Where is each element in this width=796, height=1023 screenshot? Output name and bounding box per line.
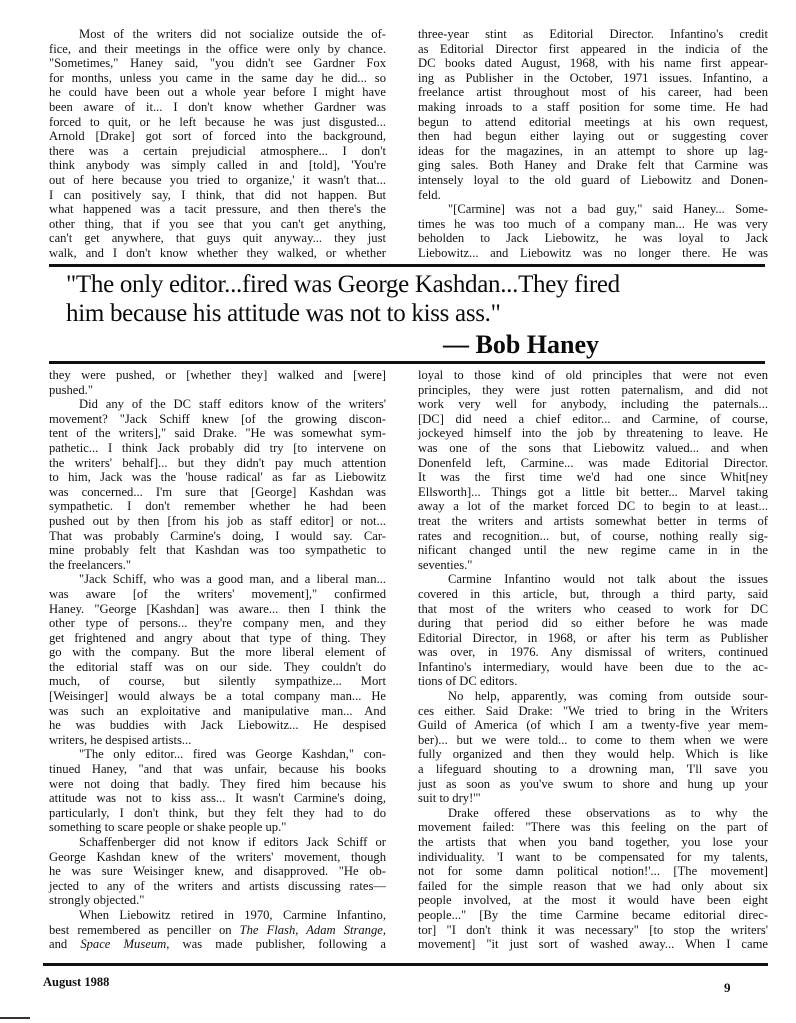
- article-column-top-right: three-year stint as Editorial Director. …: [418, 27, 768, 261]
- text-line: was over, in 1976. Any dismissal of writ…: [418, 645, 768, 660]
- text-line: for months, unless you came in the same …: [49, 71, 386, 86]
- text-line: other type of persons... they're company…: [49, 616, 386, 631]
- text-line: other thing, that if you see that you ca…: [49, 217, 386, 232]
- text-line: That was probably Carmine's doing, I wou…: [49, 529, 386, 544]
- text-line: to him, Jack was the 'house radical' as …: [49, 470, 386, 485]
- text-line: jockeyed himself into the job by threate…: [418, 426, 768, 441]
- pull-quote-bottom-rule: [49, 361, 765, 364]
- text-line: ging sales. Both Haney and Drake felt th…: [418, 158, 768, 173]
- text-line: out of here because you tried to organiz…: [49, 173, 386, 188]
- text-line: was one of the sons that Liebowitz value…: [418, 441, 768, 456]
- text-line: pushed.": [49, 383, 386, 398]
- text-line: particularly, I don't think, but they fe…: [49, 806, 386, 821]
- text-line: mine probably felt that Kashdan was too …: [49, 543, 386, 558]
- text-line: loyal to those kind of old principles th…: [418, 368, 768, 383]
- text-line: suit to dry!'": [418, 791, 768, 806]
- text-line: treat the writers and artists somewhat b…: [418, 514, 768, 529]
- text-fragment: best remembered as penciller on: [49, 923, 240, 937]
- pull-quote-line-1: "The only editor...fired was George Kash…: [66, 270, 746, 299]
- text-line: "Jack Schiff, who was a good man, and a …: [49, 572, 386, 587]
- text-line: Drake offered these observations as to w…: [418, 806, 768, 821]
- footer-rule: [43, 963, 768, 966]
- text-line: attitude was not to kiss ass... It wasn'…: [49, 791, 386, 806]
- text-line: people..." [By the time Carmine became e…: [418, 908, 768, 923]
- article-column-bottom-left: they were pushed, or [whether they] walk…: [49, 368, 386, 952]
- text-line: writers, he despised artists...: [49, 733, 386, 748]
- text-line: he could have been out a whole year befo…: [49, 85, 386, 100]
- text-line: tinued Haney, "and that was unfair, beca…: [49, 762, 386, 777]
- text-line: Ellsworth]... Things got a little bit be…: [418, 485, 768, 500]
- text-line: was concerned... I'm sure that [George] …: [49, 485, 386, 500]
- text-line: Did any of the DC staff editors know of …: [49, 397, 386, 412]
- text-line: rates and recognition... but, of course,…: [418, 529, 768, 544]
- text-line: No help, apparently, was coming from out…: [418, 689, 768, 704]
- text-line: fice, and their meetings in the office w…: [49, 42, 386, 57]
- text-line: Editorial Director, in 1968, or after hi…: [418, 631, 768, 646]
- text-line: movement? "Jack Schiff knew [of the grow…: [49, 412, 386, 427]
- text-line: sympathetic. I don't remember whether he…: [49, 499, 386, 514]
- text-line: It was the first time we'd had one since…: [418, 470, 768, 485]
- text-line: was aware [of the writers' movement]," c…: [49, 587, 386, 602]
- text-line: movement failed: "There was this feeling…: [418, 820, 768, 835]
- text-line: what happened was a tacit pressure, and …: [49, 202, 386, 217]
- text-line: work very well for anybody, including th…: [418, 397, 768, 412]
- text-line: times he was too much of a company man..…: [418, 217, 768, 232]
- text-line: nificant changed until the new regime ca…: [418, 543, 768, 558]
- text-line: intensely loyal to the old guard of Lieb…: [418, 173, 768, 188]
- text-line: Schaffenberger did not know if editors J…: [49, 835, 386, 850]
- text-line: Liebowitz... and Liebowitz was no longer…: [418, 246, 768, 261]
- text-line: Haney. "George [Kashdan] was aware... th…: [49, 602, 386, 617]
- pull-quote-top-rule: [49, 264, 765, 267]
- text-line: that most of the writers who ceased to w…: [418, 602, 768, 617]
- text-line: DC books dated August, 1968, with his na…: [418, 56, 768, 71]
- text-line: then had begun either laying out or sugg…: [418, 129, 768, 144]
- text-line: can't get anywhere, that guys quit anywa…: [49, 231, 386, 246]
- text-line: feld.: [418, 188, 768, 203]
- text-line: Arnold [Drake] got sort of forced into t…: [49, 129, 386, 144]
- text-line: much, of course, but silently sympathize…: [49, 674, 386, 689]
- text-line: as Editorial Director first appeared in …: [418, 42, 768, 57]
- comic-title: Space Museum: [80, 937, 166, 951]
- text-line: the editorial staff was on our side. The…: [49, 660, 386, 675]
- text-line: movement] "it just sort of washed away..…: [418, 937, 768, 952]
- text-line: the freelancers.": [49, 558, 386, 573]
- text-line: ces either. Said Drake: "We tried to bri…: [418, 704, 768, 719]
- text-line: tor] "I don't think it was necessary" [t…: [418, 923, 768, 938]
- text-line: fully organized and then they would help…: [418, 747, 768, 762]
- text-line: tent of the writers]," said Drake. "He w…: [49, 426, 386, 441]
- text-line: pushed out by then [from his job as staf…: [49, 514, 386, 529]
- text-line: they were pushed, or [whether they] walk…: [49, 368, 386, 383]
- text-line: strongly objected.": [49, 893, 386, 908]
- text-line: something to scare people or shake peopl…: [49, 820, 386, 835]
- pull-quote-attribution: — Bob Haney: [443, 330, 599, 360]
- text-line: Guild of America (of which I am a twenty…: [418, 718, 768, 733]
- text-line: ber)... but we were told... to come to t…: [418, 733, 768, 748]
- text-line: [DC] did need a chief editor... and Carm…: [418, 412, 768, 427]
- comic-titles: The Flash, Adam Strange,: [240, 923, 386, 937]
- text-line: was such an exploitative and manipulativ…: [49, 704, 386, 719]
- text-line: Carmine Infantino would not talk about t…: [418, 572, 768, 587]
- text-line: people involved, at the most it would ha…: [418, 893, 768, 908]
- text-line: covered in this article, but, through a …: [418, 587, 768, 602]
- text-line: three-year stint as Editorial Director. …: [418, 27, 768, 42]
- text-line: there was a certain prejudicial atmosphe…: [49, 144, 386, 159]
- text-line: "[Carmine] was not a bad guy," said Hane…: [418, 202, 768, 217]
- text-line: freelance artist throughout most of his …: [418, 85, 768, 100]
- text-line: tions of DC editors.: [418, 674, 768, 689]
- text-line: pathetic... I think Jack probably did tr…: [49, 441, 386, 456]
- text-line: Donenfeld left, Carmine... was made Edit…: [418, 456, 768, 471]
- text-line: a lifeguard shouting to a drowning man, …: [418, 762, 768, 777]
- text-line: When Liebowitz retired in 1970, Carmine …: [49, 908, 386, 923]
- text-line: "The only editor... fired was George Kas…: [49, 747, 386, 762]
- text-line: principles, they were just rotten patern…: [418, 383, 768, 398]
- text-line: go with the company. But the more libera…: [49, 645, 386, 660]
- text-line: ing as Publisher in the October, 1971 is…: [418, 71, 768, 86]
- text-line: the artists that when you band together,…: [418, 835, 768, 850]
- text-line: were not doing that badly. They fired hi…: [49, 777, 386, 792]
- text-line: ideas for the magazines, in an attempt t…: [418, 144, 768, 159]
- text-line: during that period did so either before …: [418, 616, 768, 631]
- text-line: just as soon as you've swum to shore and…: [418, 777, 768, 792]
- footer-date: August 1988: [43, 975, 109, 990]
- text-line: walk, and I don't know whether they walk…: [49, 246, 386, 261]
- text-line: been aware of it... I don't know whether…: [49, 100, 386, 115]
- text-line: forced to quit, or he left because he wa…: [49, 115, 386, 130]
- article-column-top-left: Most of the writers did not socialize ou…: [49, 27, 386, 261]
- text-line: get frightened and angry about that type…: [49, 631, 386, 646]
- text-line: the writers' behalf]... but they didn't …: [49, 456, 386, 471]
- text-line: seventies.": [418, 558, 768, 573]
- text-line: "Sometimes," Haney said, "you didn't see…: [49, 56, 386, 71]
- text-line: [Weisinger] would always be a total comp…: [49, 689, 386, 704]
- text-line: best remembered as penciller on The Flas…: [49, 923, 386, 938]
- text-fragment: , was made publisher, following a: [166, 937, 386, 951]
- pull-quote-line-2: him because his attitude was not to kiss…: [66, 299, 746, 328]
- text-line: not for some damn political notion!'... …: [418, 864, 768, 879]
- article-column-bottom-right: loyal to those kind of old principles th…: [418, 368, 768, 952]
- text-line: beholden to Jack Liebowitz, he was loyal…: [418, 231, 768, 246]
- pull-quote: "The only editor...fired was George Kash…: [66, 270, 746, 328]
- text-line: he was sure Weisinger knew, and disappro…: [49, 864, 386, 879]
- text-line: jected to any of the writers and artists…: [49, 879, 386, 894]
- text-line: failed for the simple reason that we had…: [418, 879, 768, 894]
- text-line: Most of the writers did not socialize ou…: [49, 27, 386, 42]
- text-line: begun to attend editorial meetings at hi…: [418, 115, 768, 130]
- text-line: away a lot of the market forced DC to be…: [418, 499, 768, 514]
- scan-artifact-mark: [0, 1017, 30, 1019]
- text-fragment: and: [49, 937, 80, 951]
- text-line: I can positively say, I think, that did …: [49, 188, 386, 203]
- text-line: and Space Museum, was made publisher, fo…: [49, 937, 386, 952]
- text-line: think anybody was simply called in and […: [49, 158, 386, 173]
- text-line: individuality. 'I want to be compensated…: [418, 850, 768, 865]
- text-line: Infantino's intermediary, would have bee…: [418, 660, 768, 675]
- page-number: 9: [724, 980, 731, 996]
- text-line: George Kashdan knew of the writers' move…: [49, 850, 386, 865]
- text-line: making inroads to a staff position for s…: [418, 100, 768, 115]
- text-line: he was buddies with Jack Liebowitz... He…: [49, 718, 386, 733]
